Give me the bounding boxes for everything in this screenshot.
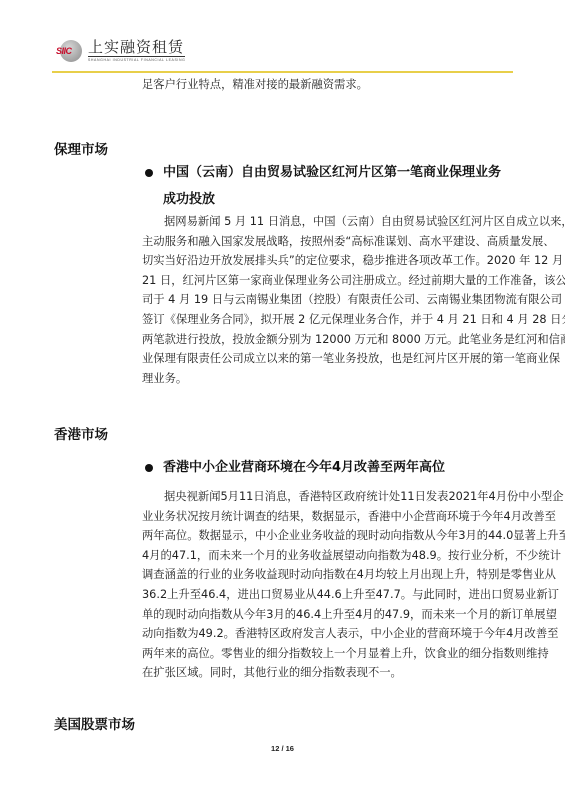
- section-heading-us-stocks: 美国股票市场: [54, 713, 135, 733]
- body-paragraph-hongkong: 据央视新闻5月11日消息，香港特区政府统计处11日发表2021年4月份中小型企 …: [142, 487, 514, 683]
- logo-text: 上实融资租赁 SHANGHAI INDUSTRIAL FINANCIAL LEA…: [88, 39, 185, 63]
- body-line: 两年来的高位。零售业的细分指数较上一个月显着上升，饮食业的细分指数则维持: [142, 644, 514, 664]
- body-line: 业业务状况按月统计调查的结果，数据显示，香港中小企营商环境于今年4月改善至: [142, 507, 514, 527]
- page-number: 12 / 16: [0, 744, 565, 753]
- section-heading-factoring: 保理市场: [54, 138, 108, 158]
- body-line: 签订《保理业务合同》，拟开展 2 亿元保理业务合作，并于 4 月 21 日和 4…: [142, 310, 514, 330]
- body-paragraph-factoring: 据网易新闻 5 月 11 日消息，中国（云南）自由贸易试验区红河片区自成立以来，…: [142, 212, 514, 388]
- body-line: 司于 4 月 19 日与云南锡业集团（控股）有限责任公司、云南锡业集团物流有限公…: [142, 290, 514, 310]
- company-logo: SIIC 上实融资租赁 SHANGHAI INDUSTRIAL FINANCIA…: [56, 38, 185, 64]
- body-line: 动向指数为49.2。香港特区政府发言人表示，中小企业的营商环境于今年4月改善至: [142, 624, 514, 644]
- siic-logo-mark: SIIC: [56, 40, 82, 62]
- section-heading-hongkong: 香港市场: [54, 423, 108, 443]
- logo-siic-text: SIIC: [56, 46, 72, 56]
- bullet-icon: [145, 169, 153, 177]
- bullet-title-line: 香港中小企业营商环境在今年4月改善至两年高位: [142, 454, 522, 481]
- body-line: 单的现时动向指数从今年3月的46.4上升至4月的47.9，而未来一个月的新订单展…: [142, 605, 514, 625]
- body-line: 理业务。: [142, 369, 514, 389]
- body-line: 据网易新闻 5 月 11 日消息，中国（云南）自由贸易试验区红河片区自成立以来，: [142, 212, 514, 232]
- body-line: 两笔款进行投放，投放金额分别为 12000 万元和 8000 万元。此笔业务是红…: [142, 330, 514, 350]
- company-name-cn: 上实融资租赁: [88, 39, 185, 57]
- bullet-title-hongkong: 香港中小企业营商环境在今年4月改善至两年高位: [142, 454, 522, 481]
- body-line: 主动服务和融入国家发展战略，按照州委“高标准谋划、高水平建设、高质量发展、: [142, 232, 514, 252]
- body-line: 36.2上升至46.4，进出口贸易业从44.6上升至47.7。与此同时，进出口贸…: [142, 585, 514, 605]
- company-name-en: SHANGHAI INDUSTRIAL FINANCIAL LEASING: [88, 58, 185, 63]
- body-line: 21 日，红河片区第一家商业保理业务公司注册成立。经过前期大量的工作准备，该公: [142, 271, 514, 291]
- body-line: 据央视新闻5月11日消息，香港特区政府统计处11日发表2021年4月份中小型企: [142, 487, 514, 507]
- header-divider: [52, 71, 513, 73]
- body-line: 调查涵盖的行业的业务收益现时动向指数在4月均较上月出现上升，特别是零售业从: [142, 565, 514, 585]
- carryover-paragraph-line: 足客户行业特点，精准对接的最新融资需求。: [142, 75, 368, 95]
- body-line: 切实当好沿边开放发展排头兵”的定位要求，稳步推进各项改革工作。2020 年 12…: [142, 251, 514, 271]
- body-line: 在扩张区域。同时，其他行业的细分指数表现不一。: [142, 663, 514, 683]
- bullet-title-factoring: 中国（云南）自由贸易试验区红河片区第一笔商业保理业务 成功投放: [142, 159, 522, 213]
- bullet-title-line: 中国（云南）自由贸易试验区红河片区第一笔商业保理业务: [142, 159, 522, 186]
- bullet-title-line: 成功投放: [142, 186, 522, 213]
- body-line: 两年高位。数据显示，中小企业业务收益的现时动向指数从今年3月的44.0显著上升至: [142, 526, 514, 546]
- body-line: 业保理有限责任公司成立以来的第一笔业务投放，也是红河片区开展的第一笔商业保: [142, 349, 514, 369]
- body-line: 4月的47.1，而未来一个月的业务收益展望动向指数为48.9。按行业分析，不少统…: [142, 546, 514, 566]
- bullet-icon: [145, 464, 153, 472]
